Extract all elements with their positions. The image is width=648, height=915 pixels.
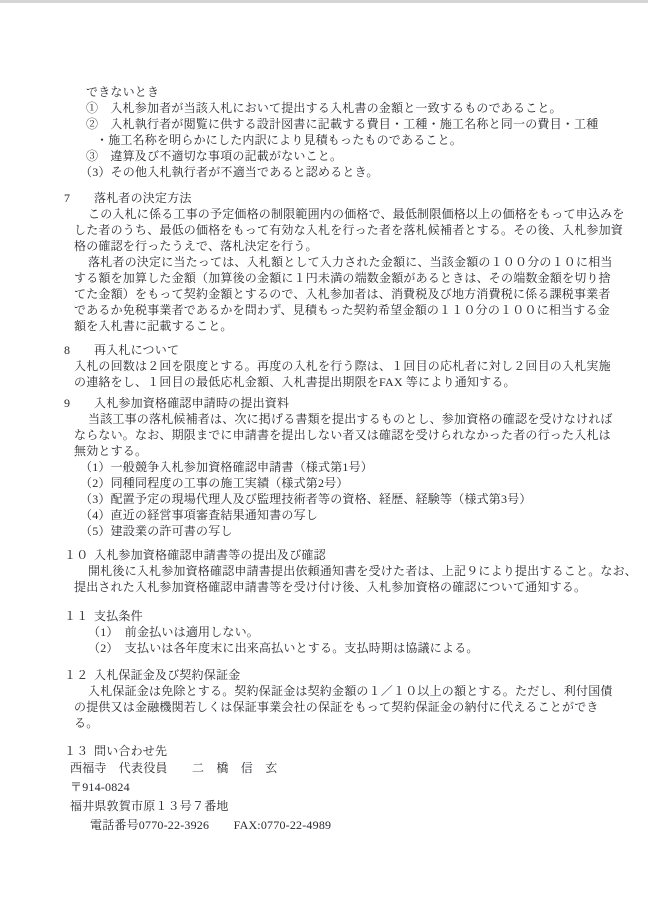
section-heading: １１支払条件 (64, 608, 648, 624)
section-number: １２ (64, 667, 94, 683)
section-title: 入札参加資格確認申請時の提出資料 (94, 395, 289, 411)
doc-line: ならない。なお、期限までに申請書を提出しない者又は確認を受けられなかった者の行っ… (74, 427, 648, 443)
doc-line: この入札に係る工事の予定価格の制限範囲内の価格で、最低制限価格以上の価格をもって… (88, 206, 648, 222)
section-title: 入札参加資格確認申請書等の提出及び確認 (94, 547, 326, 563)
section-number: １３ (64, 743, 94, 759)
section-title: 問い合わせ先 (94, 743, 167, 759)
doc-line: （5）建設業の許可書の写し (80, 523, 648, 539)
section-number: 9 (64, 395, 94, 411)
doc-line: ① 入札参加者が当該入札において提出する入札書の金額と一致するものであること。 (86, 100, 648, 116)
section-heading: １３問い合わせ先 (64, 743, 648, 759)
section-heading: 8再入札について (64, 342, 648, 358)
section-heading: １２入札保証金及び契約保証金 (64, 667, 648, 683)
doc-line: 福井県敦賀市原１３号７番地 (70, 797, 648, 816)
section-title: 再入札について (94, 342, 179, 358)
doc-line: 開札後に入札参加資格確認申請書提出依頼通知書を受けた者は、上記９により提出するこ… (88, 563, 648, 579)
doc-line: 西福寺 代表役員 二 橋 信 玄 (70, 759, 648, 778)
doc-line: する額を加算した金額（加算後の金額に１円未満の端数金額があるときは、その端数金額… (74, 270, 648, 286)
top-page-border (0, 0, 648, 3)
doc-line: 提出された入札参加資格確認申請書等を受け付け後、入札参加資格の確認について通知す… (74, 579, 648, 595)
section-heading: 9入札参加資格確認申請時の提出資料 (64, 395, 648, 411)
doc-line: の連絡をし、１回目の最低応札金額、入札書提出期限をFAX 等により通知する。 (74, 374, 648, 390)
doc-line: てた金額）をもって契約金額とするので、入札参加者は、消費税及び地方消費税に係る課… (74, 286, 648, 302)
doc-line: 〒914-0824 (70, 778, 648, 797)
doc-line: の提供又は金融機関若しくは保証事業会社の保証をもって契約保証金の納付に代えること… (74, 699, 648, 715)
section-title: 落札者の決定方法 (94, 190, 192, 206)
doc-line: した者のうち、最低の価格をもって有効な入札を行った者を落札候補者とする。その後、… (74, 222, 648, 238)
section-number: 8 (64, 342, 94, 358)
document-content: できないとき① 入札参加者が当該入札において提出する入札書の金額と一致するもので… (0, 84, 648, 835)
doc-line: （2） 支払いは各年度末に出来高払いとする。支払時期は協議による。 (88, 640, 648, 656)
section-title: 入札保証金及び契約保証金 (94, 667, 240, 683)
doc-line: 電話番号0770-22-3926 FAX:0770-22-4989 (90, 816, 648, 835)
section-heading: 7落札者の決定方法 (64, 190, 648, 206)
doc-line: 入札の回数は２回を限度とする。再度の入札を行う際は、１回目の応札者に対し２回目の… (74, 358, 648, 374)
doc-line: （4）直近の経営事項審査結果通知書の写し (80, 507, 648, 523)
doc-line: 無効とする。 (74, 443, 648, 459)
section-heading: １０入札参加資格確認申請書等の提出及び確認 (64, 547, 648, 563)
doc-line: 入札保証金は免除とする。契約保証金は契約金額の１／１０以上の額とする。ただし、利… (88, 683, 648, 699)
doc-line: 当該工事の落札候補者は、次に掲げる書類を提出するものとし、参加資格の確認を受けな… (88, 411, 648, 427)
section-number: １１ (64, 608, 94, 624)
doc-line: 落札者の決定に当たっては、入札額として入力された金額に、当該金額の１００分の１０… (88, 254, 648, 270)
doc-line: ・施工名称を明らかにした内訳により見積もったものであること。 (96, 132, 648, 148)
doc-line: 額を入札書に記載すること。 (74, 318, 648, 334)
doc-line: （3）その他入札執行者が不適当であると認めるとき。 (80, 164, 648, 180)
doc-line: （3）配置予定の現場代理人及び監理技術者等の資格、経歴、経験等（様式第3号） (80, 491, 648, 507)
section-title: 支払条件 (94, 608, 143, 624)
doc-line: ③ 違算及び不適切な事項の記載がないこと。 (86, 148, 648, 164)
doc-line: （2）同種同程度の工事の施工実績（様式第2号） (80, 475, 648, 491)
doc-line: 格の確認を行ったうえで、落札決定を行う。 (74, 238, 648, 254)
section-number: 7 (64, 190, 94, 206)
section-number: １０ (64, 547, 94, 563)
doc-line: ② 入札執行者が閲覧に供する設計図書に記載する費目・工種・施工名称と同一の費目・… (86, 116, 648, 132)
doc-line: る。 (74, 715, 648, 731)
doc-line: （1） 前金払いは適用しない。 (88, 624, 648, 640)
doc-line: （1）一般競争入札参加資格確認申請書（様式第1号） (80, 459, 648, 475)
doc-line: できないとき (86, 84, 648, 100)
doc-line: であるか免税事業者であるかを問わず、見積もった契約希望金額の１１０分の１００に相… (74, 302, 648, 318)
